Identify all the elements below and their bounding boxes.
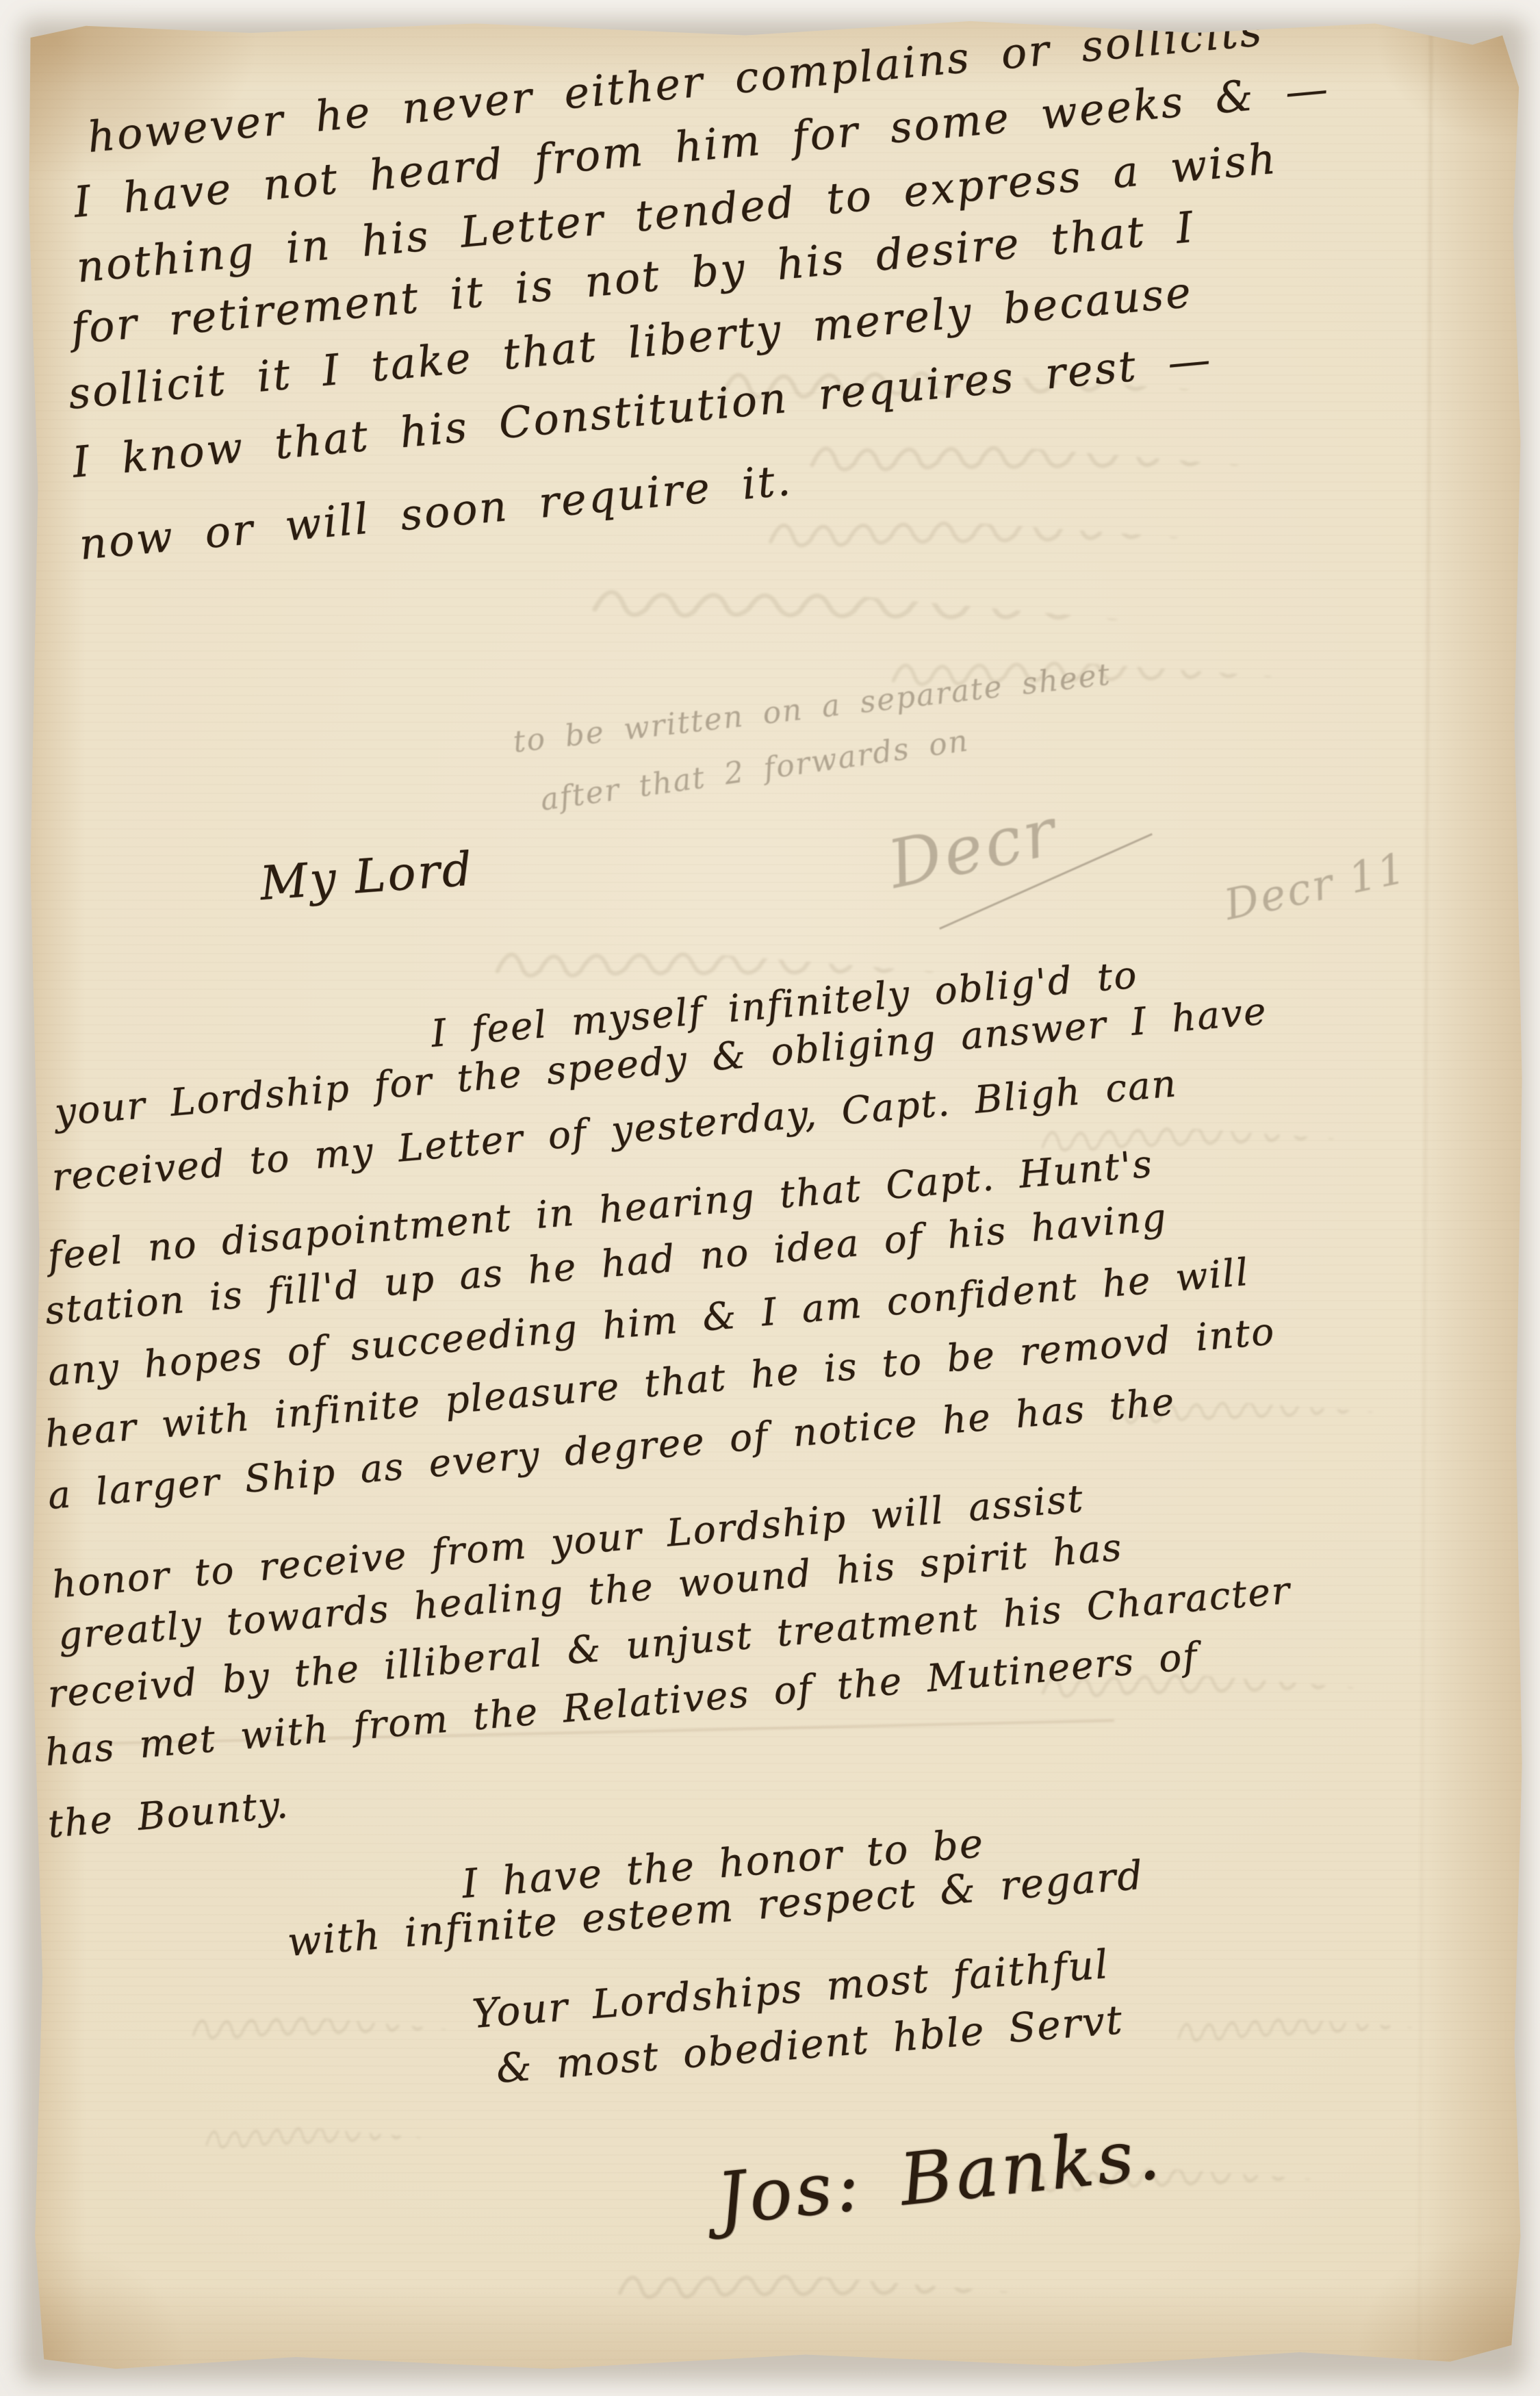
pencil-date: Decr 11 <box>1220 843 1411 930</box>
signature: Jos: Banks. <box>713 2111 1167 2241</box>
pencil-date-crossed: Decr <box>882 793 1064 903</box>
bleed-through-line <box>1175 2011 1505 2069</box>
fold-crease-vertical <box>1417 30 1433 2371</box>
bleed-through-line <box>203 2119 506 2179</box>
bleed-through-line <box>765 509 1341 592</box>
salutation: My Lord <box>258 842 476 911</box>
letter-page: however he never either complains or sol… <box>26 16 1525 2378</box>
body-line-13: the Bounty. <box>46 1783 290 1846</box>
page-background: { "letter": { "opening": [ "however he n… <box>0 0 1540 2396</box>
bleed-through-line <box>614 2261 1163 2347</box>
